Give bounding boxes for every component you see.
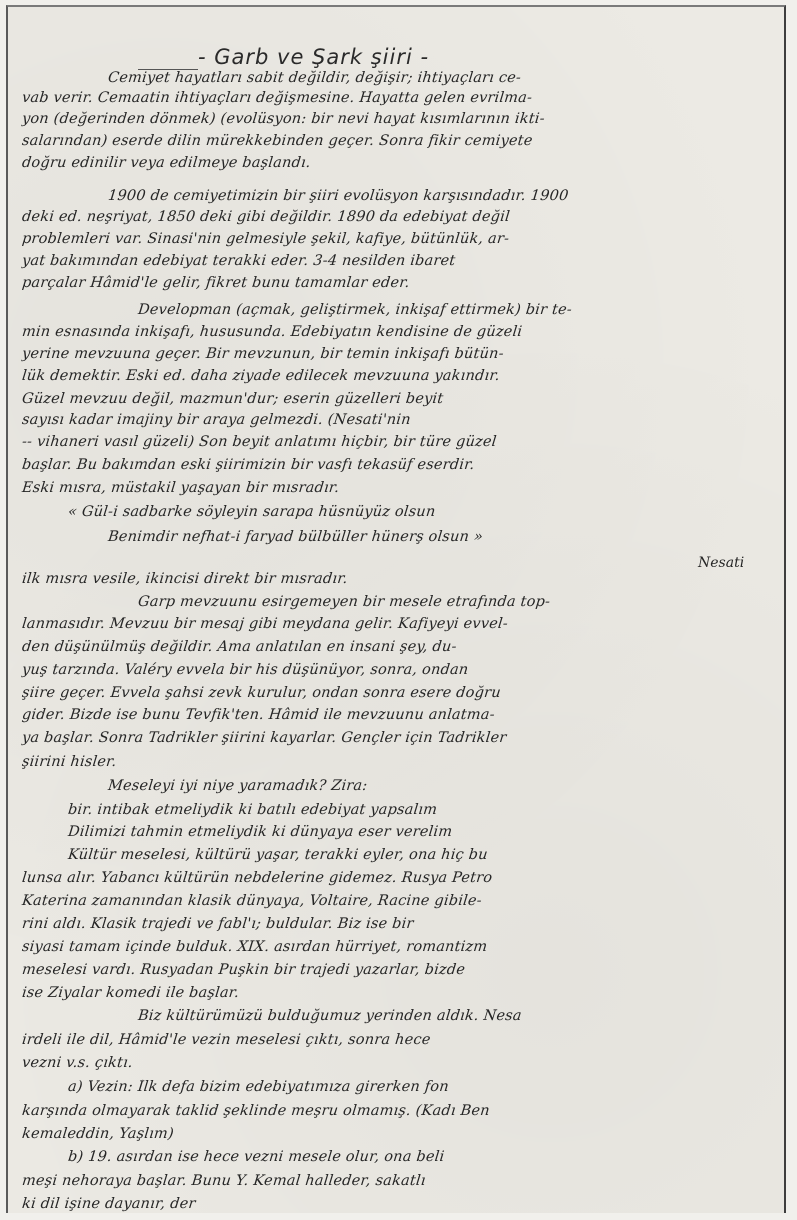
manuscript-line: şiirini hisler. xyxy=(21,754,793,770)
manuscript-line: gider. Bizde ise bunu Tevfik'ten. Hâmid … xyxy=(21,707,793,723)
manuscript-line: Biz kültürümüzü bulduğumuz yerinden aldı… xyxy=(137,1008,793,1024)
manuscript-line: deki ed. neşriyat, 1850 deki gibi değild… xyxy=(21,209,793,225)
manuscript-line: meselesi vardı. Rusyadan Puşkin bir traj… xyxy=(21,962,793,978)
manuscript-line: Dilimizi tahmin etmeliydik ki dünyaya es… xyxy=(67,824,793,840)
manuscript-line: ilk mısra vesile, ikincisi direkt bir mı… xyxy=(21,571,793,587)
manuscript-line: şiire geçer. Evvela şahsi zevk kurulur, … xyxy=(21,685,793,701)
manuscript-line: problemleri var. Sinasi'nin gelmesiyle ş… xyxy=(21,231,793,247)
manuscript-line: salarından) eserde dilin mürekkebinden g… xyxy=(21,133,793,149)
manuscript-line: ya başlar. Sonra Tadrikler şiirini kayar… xyxy=(21,730,793,746)
poet-signature: Nesati xyxy=(698,555,744,571)
manuscript-line: rini aldı. Klasik trajedi ve fabl'ı; bul… xyxy=(21,916,793,932)
page-title: - Garb ve Şark şiiri - xyxy=(198,45,429,69)
manuscript-line: Eski mısra, müstakil yaşayan bir mısradı… xyxy=(21,480,793,496)
manuscript-line: yon (değerinden dönmek) (evolüsyon: bir … xyxy=(21,111,793,127)
manuscript-line: « Gül-i sadbarke söyleyin sarapa hüsnüyü… xyxy=(67,504,793,520)
manuscript-line: Developman (açmak, geliştirmek, inkişaf … xyxy=(137,302,793,318)
manuscript-line: kemaleddin, Yaşlım) xyxy=(21,1126,793,1142)
manuscript-page: - Garb ve Şark şiiri - Cemiyet hayatları… xyxy=(6,5,786,1213)
manuscript-line: bir. intibak etmeliydik ki batılı edebiy… xyxy=(67,802,793,818)
manuscript-line: ki dil işine dayanır, der xyxy=(21,1196,793,1212)
manuscript-line: lunsa alır. Yabancı kültürün nebdelerine… xyxy=(21,870,793,886)
manuscript-line: Kültür meselesi, kültürü yaşar, terakki … xyxy=(67,847,793,863)
manuscript-line: karşında olmayarak taklid şeklinde meşru… xyxy=(21,1103,793,1119)
manuscript-line: 1900 de cemiyetimizin bir şiiri evolüsyo… xyxy=(107,188,793,204)
manuscript-line: lük demektir. Eski ed. daha ziyade edile… xyxy=(21,368,793,384)
manuscript-line: sayısı kadar imajiny bir araya gelmezdi.… xyxy=(21,412,793,428)
manuscript-line: ise Ziyalar komedi ile başlar. xyxy=(21,985,793,1001)
manuscript-line: min esnasında inkişafı, hususunda. Edebi… xyxy=(21,324,793,340)
manuscript-line: -- vihaneri vasıl güzeli) Son beyit anla… xyxy=(21,434,793,450)
manuscript-line: Garp mevzuunu esirgemeyen bir mesele etr… xyxy=(137,594,793,610)
manuscript-line: Katerina zamanından klasik dünyaya, Volt… xyxy=(21,893,793,909)
manuscript-line: Meseleyi iyi niye yaramadık? Zira: xyxy=(107,778,793,794)
manuscript-line: Benimdir nefhat-i faryad bülbüller hüner… xyxy=(107,529,793,545)
manuscript-line: irdeli ile dil, Hâmid'le vezin meselesi … xyxy=(21,1032,793,1048)
manuscript-line: başlar. Bu bakımdan eski şiirimizin bir … xyxy=(21,457,793,473)
manuscript-line: vezni v.s. çıktı. xyxy=(21,1055,793,1071)
manuscript-line: lanmasıdır. Mevzuu bir mesaj gibi meydan… xyxy=(21,616,793,632)
manuscript-line: vab verir. Cemaatin ihtiyaçları değişmes… xyxy=(21,90,793,106)
manuscript-line: b) 19. asırdan ise hece vezni mesele olu… xyxy=(67,1149,793,1165)
manuscript-line: yuş tarzında. Valéry evvela bir his düşü… xyxy=(21,662,793,678)
manuscript-line: Güzel mevzuu değil, mazmun'dur; eserin g… xyxy=(21,391,793,407)
manuscript-line: parçalar Hâmid'le gelir, fikret bunu tam… xyxy=(21,275,793,291)
manuscript-line: yat bakımından edebiyat terakki eder. 3-… xyxy=(21,253,793,269)
manuscript-line: doğru edinilir veya edilmeye başlandı. xyxy=(21,155,793,171)
manuscript-line: siyasi tamam içinde bulduk. XIX. asırdan… xyxy=(21,939,793,955)
manuscript-line: yerine mevzuuna geçer. Bir mevzunun, bir… xyxy=(21,346,793,362)
manuscript-line: meşi nehoraya başlar. Bunu Y. Kemal hall… xyxy=(21,1173,793,1189)
manuscript-line: Cemiyet hayatları sabit değildir, değişi… xyxy=(107,70,793,86)
manuscript-line: den düşünülmüş değildir. Ama anlatılan e… xyxy=(21,639,793,655)
manuscript-line: a) Vezin: İlk defa bizim edebiyatımıza g… xyxy=(67,1079,793,1095)
